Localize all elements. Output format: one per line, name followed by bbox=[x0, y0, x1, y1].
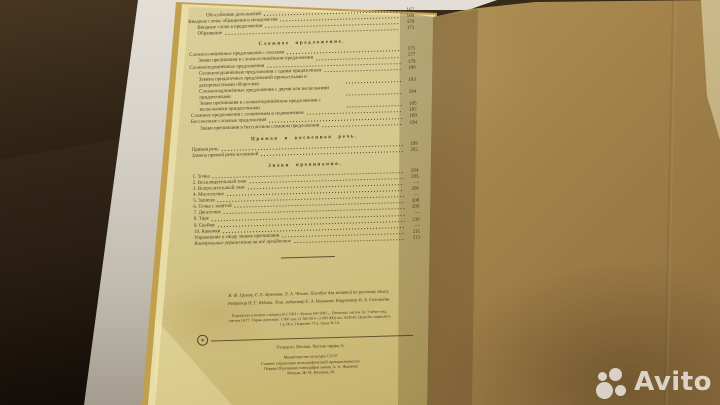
toc-entry-title: Контрольные упражнения на всё пройденное bbox=[194, 239, 291, 248]
book-photo-scene: Обособление дополнений162Вводные слова, … bbox=[0, 0, 720, 405]
avito-circle-right bbox=[615, 385, 626, 396]
print-info: Подписано к печати с матриц 30.I 1961 г.… bbox=[196, 308, 422, 329]
toc-entry-page: 202 bbox=[405, 147, 418, 153]
toc-entry-page: 213 bbox=[407, 235, 420, 241]
avito-circle-big bbox=[596, 382, 613, 399]
toc-entry-title: Обращение bbox=[198, 31, 223, 38]
toc-leader-dots bbox=[293, 238, 406, 244]
toc-entry-page: 171 bbox=[401, 26, 414, 32]
avito-wordmark: Avito bbox=[634, 367, 712, 397]
avito-circle-top bbox=[609, 368, 622, 381]
table-of-contents: Обособление дополнений162Вводные слова, … bbox=[188, 8, 424, 378]
toc-entry-page: 194 bbox=[404, 120, 417, 126]
toc-content: Обособление дополнений162Вводные слова, … bbox=[188, 8, 420, 248]
imprint-divider bbox=[281, 256, 335, 259]
toc-leader-dots bbox=[321, 123, 402, 128]
toc-leader-dots bbox=[260, 150, 403, 157]
publisher-rule bbox=[211, 334, 413, 340]
toc-entry-title: Замена прямой речи косвенной bbox=[192, 152, 259, 160]
toc-entry-page: 184 bbox=[403, 90, 416, 96]
avito-watermark: Avito bbox=[596, 368, 712, 399]
avito-logo-icon bbox=[596, 368, 627, 399]
uchpedgiz-emblem-icon bbox=[197, 335, 208, 346]
toc-entry-page: 180 bbox=[403, 65, 416, 71]
toc-entry-page: 183 bbox=[403, 78, 416, 84]
avito-circle-small bbox=[598, 372, 607, 381]
